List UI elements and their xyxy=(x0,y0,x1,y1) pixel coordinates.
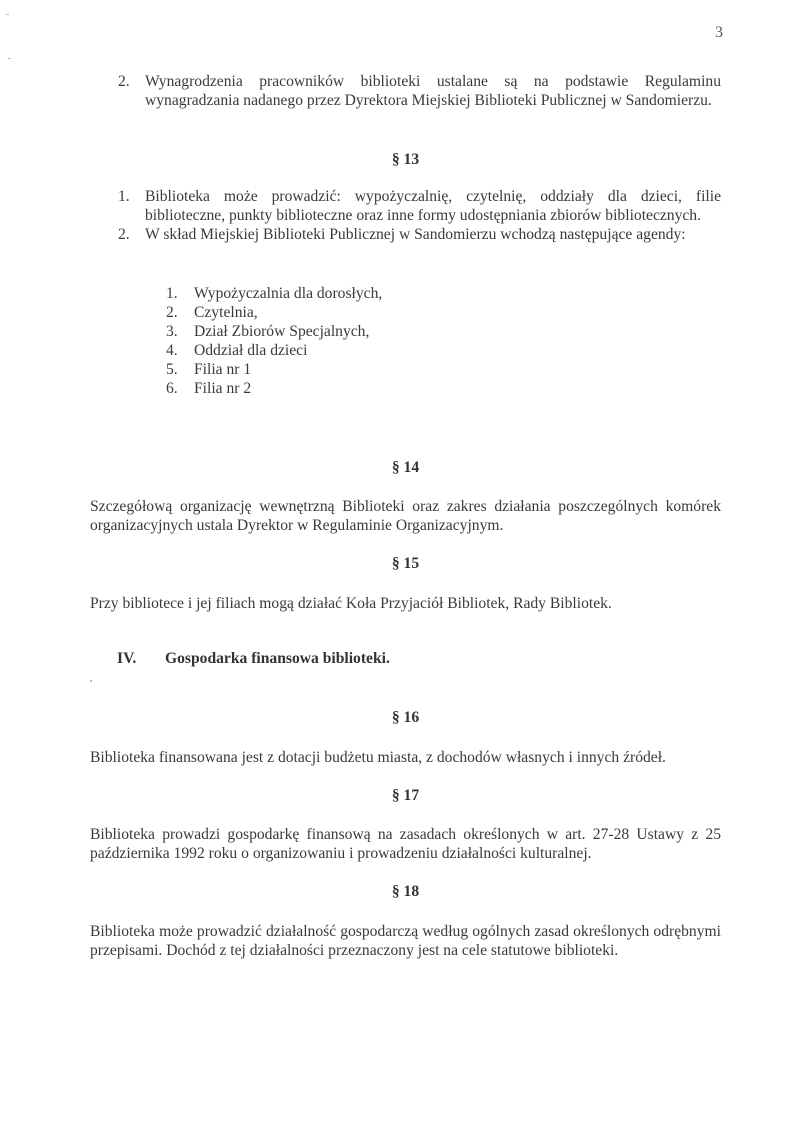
section-17-body: Biblioteka prowadzi gospodarkę finansową… xyxy=(90,825,721,863)
section-17-heading: § 17 xyxy=(90,787,721,805)
item-text: Filia nr 2 xyxy=(194,380,251,397)
list-item: 2. W skład Miejskiej Biblioteki Publiczn… xyxy=(90,225,721,244)
item-text: Oddział dla dzieci xyxy=(194,342,307,359)
item-number: 2. xyxy=(118,225,130,244)
list-item: 2. Wynagrodzenia pracowników biblioteki … xyxy=(90,72,721,110)
paragraph: Szczegółową organizację wewnętrzną Bibli… xyxy=(90,497,721,535)
paragraph: Biblioteka może prowadzić działalność go… xyxy=(90,922,721,960)
chapter-heading: IV.Gospodarka finansowa biblioteki. xyxy=(117,650,390,668)
section-15-heading: § 15 xyxy=(90,555,721,573)
paragraph: Biblioteka prowadzi gospodarkę finansową… xyxy=(90,825,721,863)
item-text: Czytelnia, xyxy=(194,304,258,321)
agenda-item: 4.Oddział dla dzieci xyxy=(166,341,566,360)
section-16-body: Biblioteka finansowana jest z dotacji bu… xyxy=(90,748,721,767)
agenda-item: 6.Filia nr 2 xyxy=(166,379,566,398)
item-text: Filia nr 1 xyxy=(194,361,251,378)
section-16-heading: § 16 xyxy=(90,709,721,727)
item-text: Biblioteka może prowadzić: wypożyczalnię… xyxy=(145,188,721,224)
section-13-heading: § 13 xyxy=(90,151,721,169)
item-number: 1. xyxy=(118,187,130,206)
section-14-heading: § 14 xyxy=(90,459,721,477)
chapter-number: IV. xyxy=(117,650,165,668)
item-text: W skład Miejskiej Biblioteki Publicznej … xyxy=(145,226,686,243)
item-number: 2. xyxy=(118,72,130,91)
item-number: 5. xyxy=(166,360,178,379)
agenda-item: 2.Czytelnia, xyxy=(166,303,566,322)
item-number: 2. xyxy=(166,303,178,322)
item-number: 4. xyxy=(166,341,178,360)
item-number: 6. xyxy=(166,379,178,398)
paragraph: Przy bibliotece i jej filiach mogą dział… xyxy=(90,594,721,613)
section-18-heading: § 18 xyxy=(90,883,721,901)
item-number: 3. xyxy=(166,322,178,341)
list-item: 1. Biblioteka może prowadzić: wypożyczal… xyxy=(90,187,721,225)
page-number: 3 xyxy=(715,24,723,42)
agendy-list: 1.Wypożyczalnia dla dorosłych, 2.Czyteln… xyxy=(166,284,566,398)
paragraph: Biblioteka finansowana jest z dotacji bu… xyxy=(90,748,721,767)
section-13-body: 1. Biblioteka może prowadzić: wypożyczal… xyxy=(90,187,721,244)
item-number: 1. xyxy=(166,284,178,303)
scan-speck xyxy=(90,680,92,682)
scan-speck xyxy=(8,58,11,59)
agenda-item: 1.Wypożyczalnia dla dorosłych, xyxy=(166,284,566,303)
agenda-item: 5.Filia nr 1 xyxy=(166,360,566,379)
section-15-body: Przy bibliotece i jej filiach mogą dział… xyxy=(90,594,721,613)
item-text: Wypożyczalnia dla dorosłych, xyxy=(194,285,382,302)
section-12-continuation: 2. Wynagrodzenia pracowników biblioteki … xyxy=(90,72,721,110)
chapter-title: Gospodarka finansowa biblioteki. xyxy=(165,650,390,667)
section-18-body: Biblioteka może prowadzić działalność go… xyxy=(90,922,721,960)
item-text: Dział Zbiorów Specjalnych, xyxy=(194,323,369,340)
agenda-item: 3.Dział Zbiorów Specjalnych, xyxy=(166,322,566,341)
section-14-body: Szczegółową organizację wewnętrzną Bibli… xyxy=(90,497,721,535)
scan-speck xyxy=(6,14,9,15)
item-text: Wynagrodzenia pracowników biblioteki ust… xyxy=(145,73,721,109)
